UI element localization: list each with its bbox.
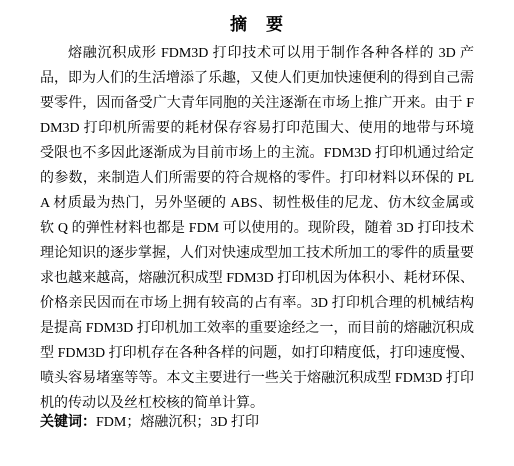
abstract-page: 摘 要 熔融沉积成形 FDM3D 打印技术可以用于制作各种各样的 3D 产品，即…: [0, 0, 514, 466]
keywords-label: 关键词：: [40, 415, 96, 430]
keywords-value: FDM；熔融沉积；3D 打印: [96, 415, 259, 430]
abstract-paragraph: 熔融沉积成形 FDM3D 打印技术可以用于制作各种各样的 3D 产品，即为人们的…: [40, 41, 474, 416]
page-title: 摘 要: [0, 10, 514, 35]
keywords-line: 关键词：FDM；熔融沉积；3D 打印: [40, 412, 474, 433]
